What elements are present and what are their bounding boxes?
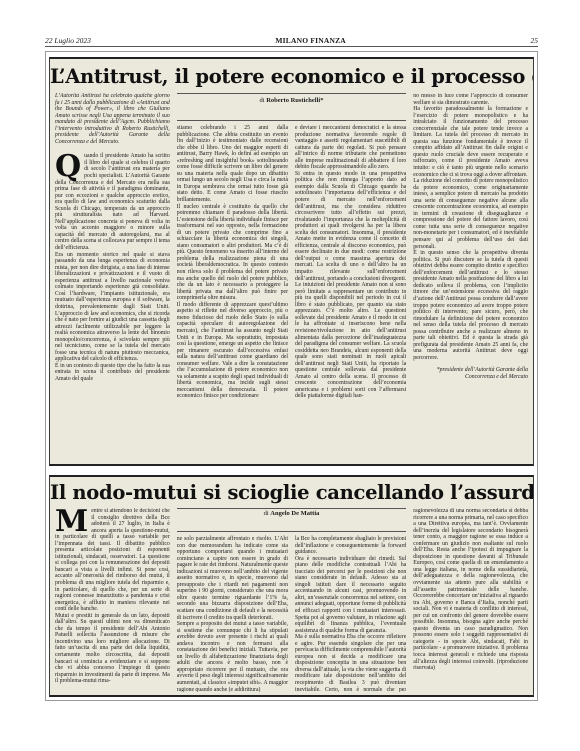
author-name: Angelo De Mattia [270, 510, 319, 517]
article-paragraph: Ora è necessario individuare dei rimedi.… [295, 556, 406, 635]
article-column-4: no messo in luce come l’approccio di con… [413, 93, 528, 460]
article-paragraph: Il modo differente di apprezzare quest’u… [177, 302, 288, 400]
publication-name: MILANO FINANZA [275, 36, 346, 45]
article-lead-paragraph: Quando il presidente Amato ha scritto il… [55, 153, 170, 251]
article-paragraph: la Bce ha completamente sbagliato le pre… [295, 536, 406, 556]
article-paragraph: Ha favorito paradossalmente la formazion… [413, 106, 528, 178]
article-column-2: stiamo celebrando i 25 anni dalla pubbli… [177, 125, 288, 400]
article-columns: Mentre si attendono le decisioni che il … [55, 508, 528, 692]
article-lead-paragraph: Mentre si attendono le decisioni che il … [55, 508, 170, 613]
article-headline: L’Antitrust, il potere economico e il pr… [50, 65, 533, 91]
article-column-3: e deviare i meccanismi democratici e la … [295, 125, 406, 400]
author-footnote: *presidente dell’Autorità Garante della … [413, 367, 528, 380]
article-headline: Il nodo-mutui si scioglie cancellando l’… [50, 481, 533, 507]
article-antitrust: L’Antitrust, il potere economico e il pr… [49, 57, 534, 466]
article-column-1: L’Autorità Antitrust ha celebrato qualch… [55, 93, 170, 460]
article-paragraph: La riduzione del concetto di potere mono… [413, 178, 528, 250]
article-paragraph: È in un contesto di questo tipo che ha f… [55, 363, 170, 383]
article-paragraph: Sempre a proposito dei mutui a tasso var… [177, 621, 288, 692]
article-paragraph: stiamo celebrando i 25 anni dalla pubbli… [177, 125, 288, 204]
page-number: 25 [530, 36, 538, 45]
article-paragraph: Si entra in questo modo in una prospetti… [295, 171, 406, 400]
article-columns: L’Autorità Antitrust ha celebrato qualch… [55, 93, 528, 460]
page-header: 22 Luglio 2023 MILANO FINANZA 25 [45, 33, 538, 47]
page-date: 22 Luglio 2023 [45, 36, 91, 45]
article-paragraph: Mutui e prestiti in generale da un lato,… [55, 613, 170, 685]
article-paragraph: ragionevolezza di una norma secondaria s… [413, 508, 528, 672]
article-intro: L’Autorità Antitrust ha celebrato qualch… [55, 93, 170, 145]
article-paragraph: ne solo parzialmente affrontato e risolt… [177, 536, 288, 621]
article-column-2-3: di Angelo De Mattia ne solo parzialmente… [177, 508, 407, 692]
drop-cap: Q [55, 155, 81, 179]
article-paragraph: Il nucleo centrale è costituito da quell… [177, 204, 288, 302]
article-column-4: ragionevolezza di una norma secondaria s… [413, 508, 528, 692]
article-paragraph: e deviare i meccanismi democratici e la … [295, 125, 406, 171]
byline: di Roberto Rustichelli* [177, 93, 407, 121]
article-paragraph: Era un momento storico nel quale si stav… [55, 252, 170, 363]
article-paragraph: Ma è sulla normativa Eba che occorre rif… [295, 634, 406, 692]
article-column-2: ne solo parzialmente affrontato e risolt… [177, 536, 288, 692]
article-mutui: Il nodo-mutui si scioglie cancellando l’… [49, 475, 534, 697]
drop-cap: M [55, 510, 88, 534]
article-column-2-3: di Roberto Rustichelli* stiamo celebrand… [177, 93, 407, 460]
article-column-1: Mentre si attendono le decisioni che il … [55, 508, 170, 692]
article-paragraph: È in questo senso che la prospettiva div… [413, 250, 528, 361]
article-paragraph: no messo in luce come l’approccio di con… [413, 93, 528, 106]
byline: di Angelo De Mattia [177, 508, 407, 532]
article-column-3: la Bce ha completamente sbagliato le pre… [295, 536, 406, 692]
author-name: Roberto Rustichelli* [266, 97, 323, 104]
